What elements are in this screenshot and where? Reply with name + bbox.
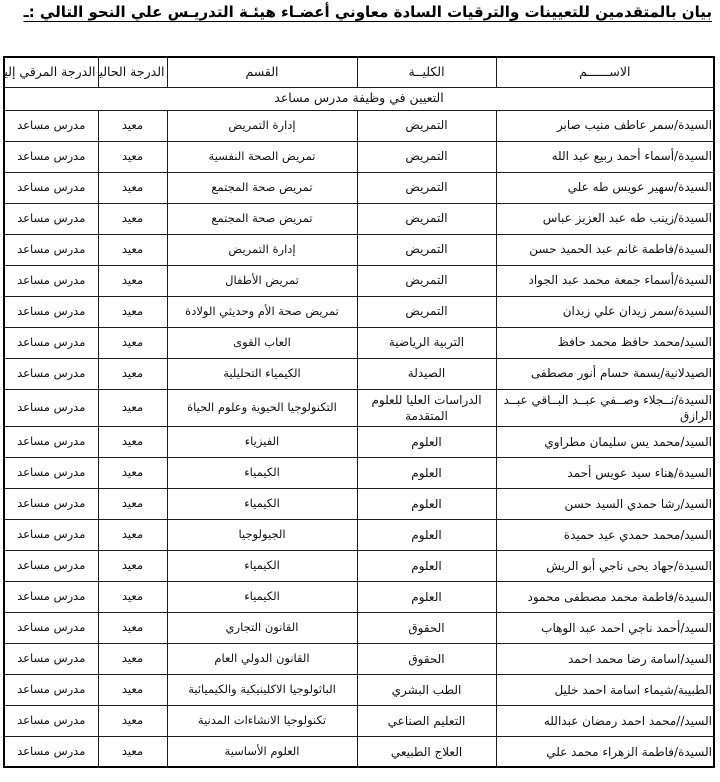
faculty-cell: التمريض bbox=[357, 234, 496, 265]
current-degree-cell: معيد bbox=[98, 705, 167, 736]
name-cell: الصيدلانية/يسمة حسام أنور مصطفى bbox=[496, 358, 714, 389]
faculty-cell: التمريض bbox=[357, 296, 496, 327]
faculty-cell: العلوم bbox=[357, 488, 496, 519]
promoted-degree-cell: مدرس مساعد bbox=[4, 457, 98, 488]
current-degree-cell: معيد bbox=[98, 110, 167, 141]
table-row: السيدة/سمر زيدان علي زيدانالتمريضتمريض ص… bbox=[4, 296, 714, 327]
department-cell: الفيزياء bbox=[167, 426, 357, 457]
table-row: السيدة/فاطمة محمد مصطفى محمودالعلومالكيم… bbox=[4, 581, 714, 612]
promoted-degree-cell: مدرس مساعد bbox=[4, 358, 98, 389]
document-page: بيان بالمتقدمين للتعيينات والترقيات السا… bbox=[0, 0, 720, 782]
department-cell: الكيمياء bbox=[167, 550, 357, 581]
table-row: السيدة/زينب طه عبد العزيز عباسالتمريضتمر… bbox=[4, 203, 714, 234]
promoted-degree-cell: مدرس مساعد bbox=[4, 581, 98, 612]
current-degree-cell: معيد bbox=[98, 581, 167, 612]
table-row: السيدة/هناء سيد عويس أحمدالعلومالكيمياءم… bbox=[4, 457, 714, 488]
current-degree-cell: معيد bbox=[98, 488, 167, 519]
name-cell: السيدة/سمر زيدان علي زيدان bbox=[496, 296, 714, 327]
current-degree-cell: معيد bbox=[98, 234, 167, 265]
department-cell: العلوم الأساسية bbox=[167, 736, 357, 767]
promoted-degree-cell: مدرس مساعد bbox=[4, 674, 98, 705]
section-row: التعيين في وظيفة مدرس مساعد bbox=[4, 87, 714, 110]
department-cell: تكنولوجيا الانشاءات المدنية bbox=[167, 705, 357, 736]
promoted-degree-cell: مدرس مساعد bbox=[4, 736, 98, 767]
header-cell-current-degree: الدرجة الحالية bbox=[98, 57, 167, 87]
table-row: السيد/محمد يس سليمان مطراويالعلومالفيزيا… bbox=[4, 426, 714, 457]
current-degree-cell: معيد bbox=[98, 643, 167, 674]
promoted-degree-cell: مدرس مساعد bbox=[4, 327, 98, 358]
department-cell: إدارة التمريض bbox=[167, 110, 357, 141]
promoted-degree-cell: مدرس مساعد bbox=[4, 612, 98, 643]
section-title: التعيين في وظيفة مدرس مساعد bbox=[4, 87, 714, 110]
name-cell: السيد/رشا حمدي السيد حسن bbox=[496, 488, 714, 519]
promoted-degree-cell: مدرس مساعد bbox=[4, 110, 98, 141]
table-row: السيد/أحمد ناجي احمد عبد الوهابالحقوقالق… bbox=[4, 612, 714, 643]
faculty-cell: العلوم bbox=[357, 550, 496, 581]
promoted-degree-cell: مدرس مساعد bbox=[4, 234, 98, 265]
table-row: السيدة/أسماء جمعة محمد عبد الجوادالتمريض… bbox=[4, 265, 714, 296]
department-cell: الكيمياء bbox=[167, 488, 357, 519]
promoted-degree-cell: مدرس مساعد bbox=[4, 643, 98, 674]
promoted-degree-cell: مدرس مساعد bbox=[4, 519, 98, 550]
promoted-degree-cell: مدرس مساعد bbox=[4, 550, 98, 581]
name-cell: السيدة/هناء سيد عويس أحمد bbox=[496, 457, 714, 488]
name-cell: السيد/محمد يس سليمان مطراوي bbox=[496, 426, 714, 457]
faculty-cell: التمريض bbox=[357, 265, 496, 296]
faculty-cell: التمريض bbox=[357, 141, 496, 172]
department-cell: القانون الدولي العام bbox=[167, 643, 357, 674]
appointments-table: الاســــــم الكليــة القسم الدرجة الحالي… bbox=[3, 56, 715, 768]
current-degree-cell: معيد bbox=[98, 426, 167, 457]
name-cell: السيدة/فاطمة محمد مصطفى محمود bbox=[496, 581, 714, 612]
header-cell-name: الاســــــم bbox=[496, 57, 714, 87]
current-degree-cell: معيد bbox=[98, 457, 167, 488]
name-cell: السيد//محمد احمد رمضان عبدالله bbox=[496, 705, 714, 736]
faculty-cell: التمريض bbox=[357, 203, 496, 234]
header-cell-promoted-degree: الدرجة المرقي إليها bbox=[4, 57, 98, 87]
department-cell: تمريض صحة المجتمع bbox=[167, 203, 357, 234]
table-row: السيد//محمد احمد رمضان عبداللهالتعليم ال… bbox=[4, 705, 714, 736]
name-cell: السيدة/أسماء جمعة محمد عبد الجواد bbox=[496, 265, 714, 296]
department-cell: تمريض الأطفال bbox=[167, 265, 357, 296]
promoted-degree-cell: مدرس مساعد bbox=[4, 141, 98, 172]
name-cell: الطبيبة/شيماء اسامة احمد خليل bbox=[496, 674, 714, 705]
table-row: السيد/رشا حمدي السيد حسنالعلومالكيمياءمع… bbox=[4, 488, 714, 519]
faculty-cell: العلوم bbox=[357, 581, 496, 612]
current-degree-cell: معيد bbox=[98, 327, 167, 358]
current-degree-cell: معيد bbox=[98, 203, 167, 234]
name-cell: السيد/محمد حافظ محمد حافظ bbox=[496, 327, 714, 358]
current-degree-cell: معيد bbox=[98, 358, 167, 389]
promoted-degree-cell: مدرس مساعد bbox=[4, 426, 98, 457]
department-cell: التكنولوجيا الحيوية وعلوم الحياة bbox=[167, 389, 357, 426]
department-cell: تمريض صحة المجتمع bbox=[167, 172, 357, 203]
name-cell: السيدة/سهير عويس طه علي bbox=[496, 172, 714, 203]
table-header-row: الاســــــم الكليــة القسم الدرجة الحالي… bbox=[4, 57, 714, 87]
name-cell: السيد/أحمد ناجي احمد عبد الوهاب bbox=[496, 612, 714, 643]
promoted-degree-cell: مدرس مساعد bbox=[4, 389, 98, 426]
department-cell: إدارة التمريض bbox=[167, 234, 357, 265]
table-row: السيدة/فاطمة غانم عبد الحميد حسنالتمريضإ… bbox=[4, 234, 714, 265]
name-cell: السيد/اسامة رضا محمد احمد bbox=[496, 643, 714, 674]
current-degree-cell: معيد bbox=[98, 612, 167, 643]
faculty-cell: التمريض bbox=[357, 110, 496, 141]
promoted-degree-cell: مدرس مساعد bbox=[4, 705, 98, 736]
department-cell: الباثولوجيا الاكلينيكية والكيميائية bbox=[167, 674, 357, 705]
faculty-cell: الحقوق bbox=[357, 612, 496, 643]
name-cell: السيدة/سمر عاطف منيب صابر bbox=[496, 110, 714, 141]
faculty-cell: الطب البشري bbox=[357, 674, 496, 705]
header-cell-faculty: الكليــة bbox=[357, 57, 496, 87]
department-cell: العاب القوى bbox=[167, 327, 357, 358]
table-row: السيد/محمد حمدي عيد حميدةالعلومالجيولوجي… bbox=[4, 519, 714, 550]
name-cell: السيدة/فاطمة الزهراء محمد علي bbox=[496, 736, 714, 767]
department-cell: القانون التجاري bbox=[167, 612, 357, 643]
promoted-degree-cell: مدرس مساعد bbox=[4, 296, 98, 327]
current-degree-cell: معيد bbox=[98, 519, 167, 550]
header-cell-department: القسم bbox=[167, 57, 357, 87]
table-row: السيدة/جهاد يحى ناجي أبو الريشالعلومالكي… bbox=[4, 550, 714, 581]
faculty-cell: التعليم الصناعي bbox=[357, 705, 496, 736]
table-row: السيدة/سمر عاطف منيب صابرالتمريضإدارة ال… bbox=[4, 110, 714, 141]
table-row: السيدة/نــجلاء وصــفي عبــد البــاقي عبـ… bbox=[4, 389, 714, 426]
department-cell: الكيمياء bbox=[167, 581, 357, 612]
department-cell: الجيولوجيا bbox=[167, 519, 357, 550]
department-cell: الكيمياء التحليلية bbox=[167, 358, 357, 389]
faculty-cell: الحقوق bbox=[357, 643, 496, 674]
current-degree-cell: معيد bbox=[98, 736, 167, 767]
department-cell: تمريض الصحة النفسية bbox=[167, 141, 357, 172]
page-title: بيان بالمتقدمين للتعيينات والترقيات السا… bbox=[24, 3, 712, 21]
current-degree-cell: معيد bbox=[98, 172, 167, 203]
faculty-cell: التمريض bbox=[357, 172, 496, 203]
faculty-cell: العلوم bbox=[357, 519, 496, 550]
table-row: السيد/اسامة رضا محمد احمدالحقوقالقانون ا… bbox=[4, 643, 714, 674]
name-cell: السيدة/جهاد يحى ناجي أبو الريش bbox=[496, 550, 714, 581]
name-cell: السيدة/زينب طه عبد العزيز عباس bbox=[496, 203, 714, 234]
table-row: السيدة/أسماء أحمد ربيع عبد اللهالتمريضتم… bbox=[4, 141, 714, 172]
table-body: التعيين في وظيفة مدرس مساعد السيدة/سمر ع… bbox=[4, 87, 714, 767]
faculty-cell: العلاج الطبيعي bbox=[357, 736, 496, 767]
table-row: الصيدلانية/يسمة حسام أنور مصطفىالصيدلةال… bbox=[4, 358, 714, 389]
current-degree-cell: معيد bbox=[98, 141, 167, 172]
table-row: السيد/محمد حافظ محمد حافظالتربية الرياضي… bbox=[4, 327, 714, 358]
table-row: الطبيبة/شيماء اسامة احمد خليلالطب البشري… bbox=[4, 674, 714, 705]
promoted-degree-cell: مدرس مساعد bbox=[4, 172, 98, 203]
department-cell: تمريض صحة الأم وحديثي الولادة bbox=[167, 296, 357, 327]
faculty-cell: التربية الرياضية bbox=[357, 327, 496, 358]
promoted-degree-cell: مدرس مساعد bbox=[4, 203, 98, 234]
faculty-cell: العلوم bbox=[357, 426, 496, 457]
faculty-cell: العلوم bbox=[357, 457, 496, 488]
name-cell: السيد/محمد حمدي عيد حميدة bbox=[496, 519, 714, 550]
table-row: السيدة/سهير عويس طه عليالتمريضتمريض صحة … bbox=[4, 172, 714, 203]
table-row: السيدة/فاطمة الزهراء محمد عليالعلاج الطب… bbox=[4, 736, 714, 767]
name-cell: السيدة/أسماء أحمد ربيع عبد الله bbox=[496, 141, 714, 172]
current-degree-cell: معيد bbox=[98, 674, 167, 705]
name-cell: السيدة/فاطمة غانم عبد الحميد حسن bbox=[496, 234, 714, 265]
name-cell: السيدة/نــجلاء وصــفي عبــد البــاقي عبـ… bbox=[496, 389, 714, 426]
promoted-degree-cell: مدرس مساعد bbox=[4, 265, 98, 296]
current-degree-cell: معيد bbox=[98, 389, 167, 426]
current-degree-cell: معيد bbox=[98, 550, 167, 581]
current-degree-cell: معيد bbox=[98, 265, 167, 296]
promoted-degree-cell: مدرس مساعد bbox=[4, 488, 98, 519]
current-degree-cell: معيد bbox=[98, 296, 167, 327]
faculty-cell: الدراسات العليا للعلوم المتقدمة bbox=[357, 389, 496, 426]
department-cell: الكيمياء bbox=[167, 457, 357, 488]
faculty-cell: الصيدلة bbox=[357, 358, 496, 389]
